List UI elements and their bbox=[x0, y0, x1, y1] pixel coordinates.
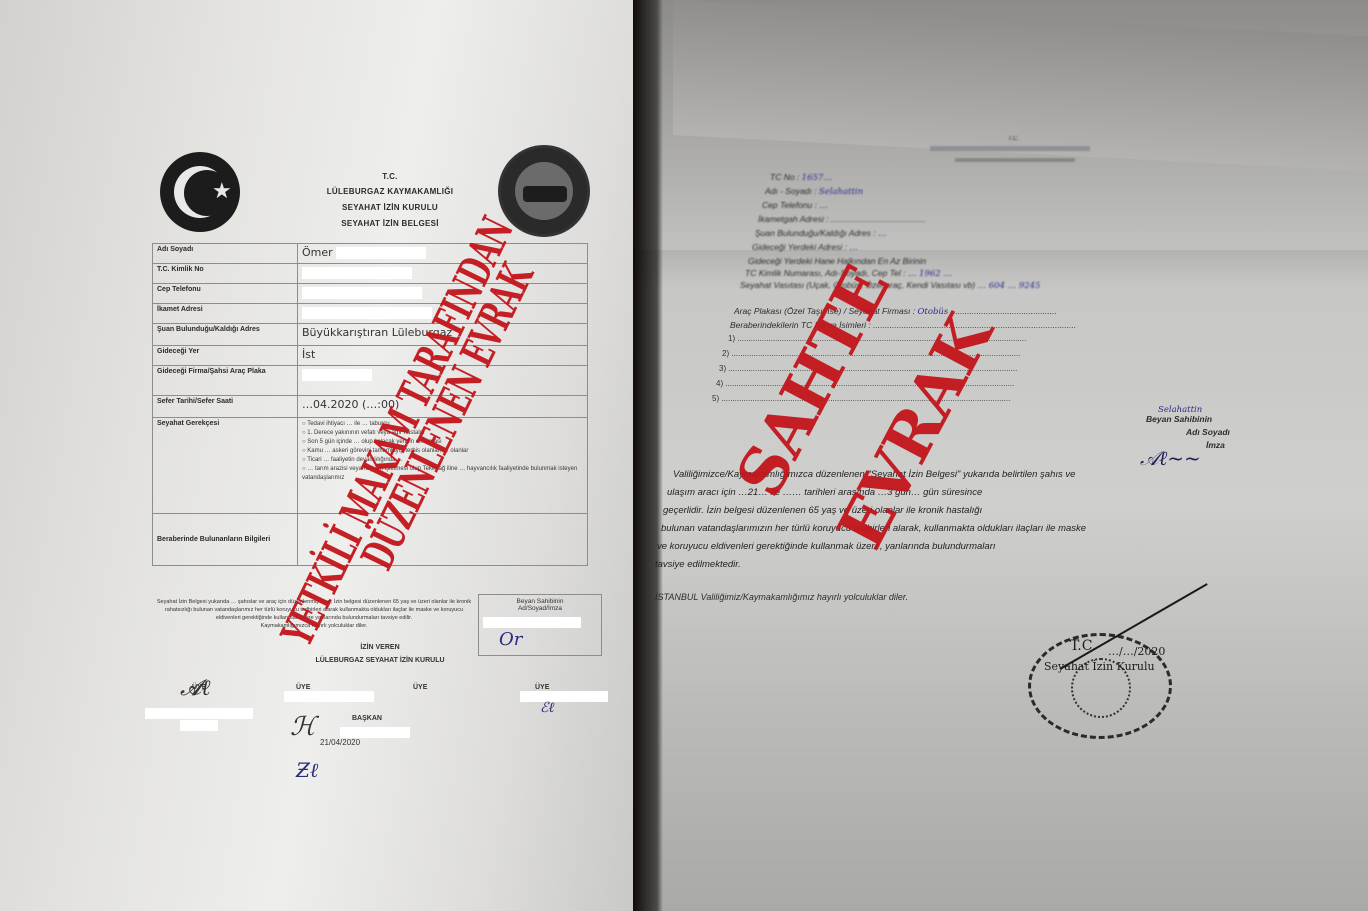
field-residence: İkametgah Adresi : .....................… bbox=[758, 214, 925, 224]
declarant-name-label: Adı Soyadı bbox=[1186, 427, 1230, 437]
closing-line: İSTANBUL Valiliğimiz/Kaymakamlığımız hay… bbox=[655, 592, 908, 602]
row-label: İkamet Adresi bbox=[153, 304, 298, 324]
header-tc: T.C. bbox=[290, 172, 490, 181]
table-row: Gideceği Yerİst bbox=[153, 346, 588, 366]
row-label: Şuan Bulunduğu/Kaldığı Adres bbox=[153, 324, 298, 346]
redaction-bar bbox=[483, 617, 581, 628]
signature: 𝓐ℓ bbox=[180, 675, 210, 701]
row-label: Beraberinde Bulunanların Bilgileri bbox=[153, 514, 298, 566]
redaction-bar bbox=[180, 720, 218, 731]
table-row: Gideceği Firma/Şahsi Araç Plaka bbox=[153, 366, 588, 396]
row-label: Gideceği Firma/Şahsi Araç Plaka bbox=[153, 366, 298, 396]
row-label: Cep Telefonu bbox=[153, 284, 298, 304]
redaction-bar bbox=[340, 727, 410, 738]
redaction-bar bbox=[302, 287, 422, 299]
redaction-bar bbox=[302, 267, 412, 279]
row-label: Sefer Tarihi/Sefer Saati bbox=[153, 396, 298, 418]
declarant-label: Beyan Sahibinin bbox=[1146, 414, 1212, 424]
redaction-bar bbox=[520, 691, 608, 702]
redaction-bar bbox=[302, 369, 372, 381]
signature: ℋ bbox=[290, 712, 316, 742]
left-document-photo: ★ T.C. LÜLEBURGAZ KAYMAKAMLIĞI SEYAHAT İ… bbox=[0, 0, 633, 911]
row-label: Seyahat Gerekçesi bbox=[153, 418, 298, 514]
row-label: Adı Soyadı bbox=[153, 244, 298, 264]
field-plate: Araç Plakası (Özel Taşıt İse) / Seyahat … bbox=[734, 306, 1057, 317]
redaction-bar bbox=[145, 708, 253, 719]
row-label: Gideceği Yer bbox=[153, 346, 298, 366]
chair-label: BAŞKAN bbox=[352, 715, 382, 722]
declarant-box: Beyan Sahibinin Ad/Soyad/İmza Or bbox=[478, 594, 602, 656]
right-header-office bbox=[930, 146, 1090, 151]
header-board: SEYAHAT İZİN KURULU bbox=[290, 203, 490, 212]
declarant-signature-label: İmza bbox=[1206, 440, 1225, 450]
table-row: Şuan Bulunduğu/Kaldığı AdresBüyükkarıştı… bbox=[153, 324, 588, 346]
issuer-board: LÜLEBURGAZ SEYAHAT İZİN KURULU bbox=[280, 657, 480, 664]
redaction-bar bbox=[302, 307, 432, 319]
redaction-bar bbox=[336, 247, 426, 259]
redaction-bar bbox=[284, 691, 374, 702]
row-label: T.C. Kimlik No bbox=[153, 264, 298, 284]
member-label: ÜYE bbox=[535, 684, 549, 691]
table-row: Adı SoyadıÖmer bbox=[153, 244, 588, 264]
field-companions: Beraberindekilerin TC No ve İsimleri : .… bbox=[730, 320, 1076, 330]
table-row: Sefer Tarihi/Sefer Saati…04.2020 (…:00) bbox=[153, 396, 588, 418]
field-destination-address: Gideceği Yerdeki Adresi : … bbox=[752, 242, 858, 253]
right-header-title bbox=[955, 158, 1075, 162]
signature: ℰℓ bbox=[540, 700, 554, 717]
issue-date: 21/04/2020 bbox=[320, 738, 360, 747]
photo-edge-shadow bbox=[633, 0, 663, 911]
field-phone: Cep Telefonu : … bbox=[762, 200, 828, 211]
row-value: Ömer bbox=[302, 246, 333, 259]
seal-date: …/…/2020 bbox=[1108, 645, 1165, 658]
crescent-star-icon: ★ bbox=[160, 152, 240, 232]
district-governorship-seal-icon bbox=[498, 145, 590, 237]
member-label: ÜYE bbox=[296, 684, 310, 691]
signature: Ƶℓ bbox=[296, 758, 318, 783]
field-current-address: Şuan Bulunduğu/Kaldığı Adres : … bbox=[755, 228, 887, 239]
field-vehicle-type: Seyahat Vasıtası (Uçak, Otobüs, Özel ara… bbox=[740, 280, 1160, 291]
member-label: ÜYE bbox=[413, 684, 427, 691]
header-office: LÜLEBURGAZ KAYMAKAMLIĞI bbox=[290, 187, 490, 196]
field-tc-no: TC No : 1657… bbox=[770, 172, 832, 183]
signature: Or bbox=[499, 629, 522, 650]
right-header-tc: T.C. bbox=[1008, 136, 1019, 142]
field-name: Adı - Soyadı : Selahattin bbox=[765, 186, 863, 197]
seal-tc: T.C. bbox=[1070, 638, 1096, 654]
header-title: SEYAHAT İZİN BELGESİ bbox=[290, 219, 490, 228]
